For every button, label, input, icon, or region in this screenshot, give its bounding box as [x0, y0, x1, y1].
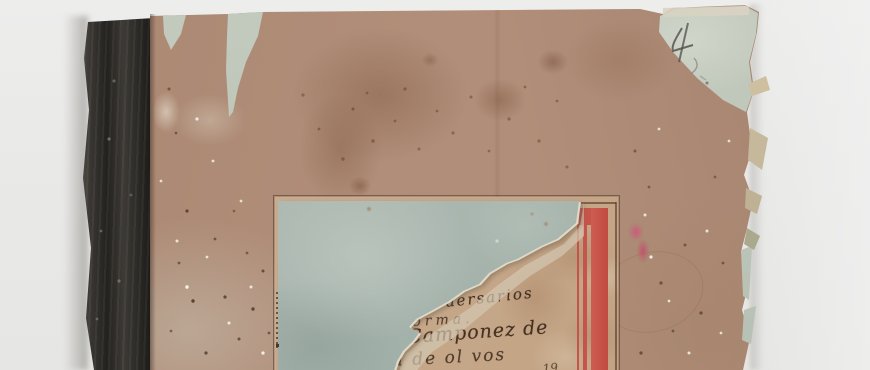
- spine-cover-crease: [150, 14, 156, 370]
- spine-shadow: [64, 16, 88, 370]
- pencil-mark-icon: [660, 18, 726, 90]
- light-speckles: [0, 0, 2, 2]
- torn-blue-overlay: [274, 196, 621, 370]
- blue-paper: [274, 196, 621, 370]
- pasted-label: uersarios orma. io Camponez de ara de ol…: [273, 195, 620, 370]
- book-spine: [78, 18, 154, 370]
- photo-scene: uersarios orma. io Camponez de ara de ol…: [0, 0, 870, 370]
- printer-imprint: [276, 292, 278, 348]
- background-wall-highlight: [760, 0, 870, 370]
- printer-imprint-dot: [276, 344, 279, 347]
- pink-smudge: [626, 220, 656, 268]
